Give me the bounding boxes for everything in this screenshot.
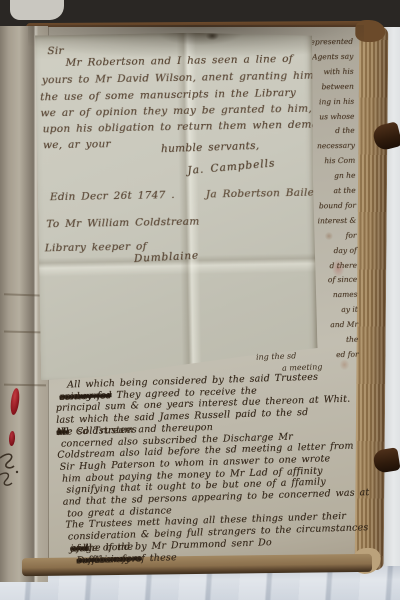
margin-fragment: of since bbox=[328, 276, 358, 284]
register-gap-fragment: a meeting bbox=[282, 362, 323, 372]
margin-fragment: his Com bbox=[324, 157, 355, 165]
margin-fragment: Agents say bbox=[312, 53, 353, 61]
signature-robertson: Ja Robertson Bailey bbox=[206, 187, 321, 199]
letter-body-line: the use of some manuscripts in the Libra… bbox=[40, 88, 296, 103]
margin-fragment: interest & bbox=[317, 216, 356, 224]
letter-dateline: Edin Decr 26t 1747 . bbox=[50, 190, 175, 203]
margin-fragment: day of bbox=[333, 246, 356, 254]
register-line-post: judge of the bbox=[70, 542, 133, 553]
margin-fragment: for bbox=[345, 231, 356, 239]
page-edge-line bbox=[4, 384, 46, 387]
register-text-block: All which being considered by the said T… bbox=[55, 371, 365, 580]
margin-fragment: ay it bbox=[341, 306, 358, 314]
margin-fragment: with his bbox=[323, 67, 353, 75]
register-line-post: said bbox=[59, 392, 80, 402]
margin-fragment: the bbox=[346, 336, 358, 344]
page-edge-line bbox=[4, 330, 46, 333]
margin-fragment: and Mr bbox=[330, 321, 358, 329]
letter-body-line: Mr Robertson and I has seen a line of bbox=[65, 54, 293, 68]
register-gap-fragment: ing the sd bbox=[256, 351, 297, 361]
margin-fragment: ing in his bbox=[319, 97, 354, 105]
margin-fragment: d the bbox=[335, 127, 355, 135]
tipped-in-letter: Sir Mr Robertson and I has seen a line o… bbox=[35, 31, 318, 381]
register-line-post: the sd Trustees bbox=[56, 425, 137, 437]
margin-fragment: us whose bbox=[319, 112, 354, 120]
margin-fragment: necessary bbox=[317, 142, 355, 150]
worn-paper-corner bbox=[10, 0, 64, 20]
letter-body-line: yours to Mr David Wilson, anent granting… bbox=[42, 71, 314, 86]
margin-fragment: d there bbox=[329, 261, 357, 269]
margin-fragment: names bbox=[333, 291, 358, 299]
register-line-post: Do therefore bbox=[76, 554, 142, 566]
letter-body-line: we, ar your bbox=[43, 139, 111, 151]
margin-fragment: ed for bbox=[336, 351, 359, 359]
letter-body: Mr Robertson and I has seen a line ofyou… bbox=[35, 31, 318, 381]
address-line: To Mr William Coldstream bbox=[46, 217, 199, 230]
margin-fragment: bound for bbox=[319, 202, 356, 210]
letter-body-line: upon his obligation to return them when … bbox=[43, 119, 346, 135]
letter-body-line: we ar of opinion they may be granted to … bbox=[40, 104, 312, 119]
red-wax-seal bbox=[9, 388, 20, 416]
margin-fragment: represented bbox=[309, 38, 353, 46]
ink-scribble bbox=[0, 446, 40, 490]
margin-fragment: gn he bbox=[334, 172, 355, 180]
red-wax-drip bbox=[8, 431, 15, 446]
margin-fragment: between bbox=[321, 82, 354, 90]
margin-fragment: at the bbox=[333, 187, 355, 195]
address-line: Library keeper of bbox=[45, 242, 147, 254]
photograph-of-manuscript-volume: representedAgents saywith hisbetweening … bbox=[0, 0, 400, 600]
